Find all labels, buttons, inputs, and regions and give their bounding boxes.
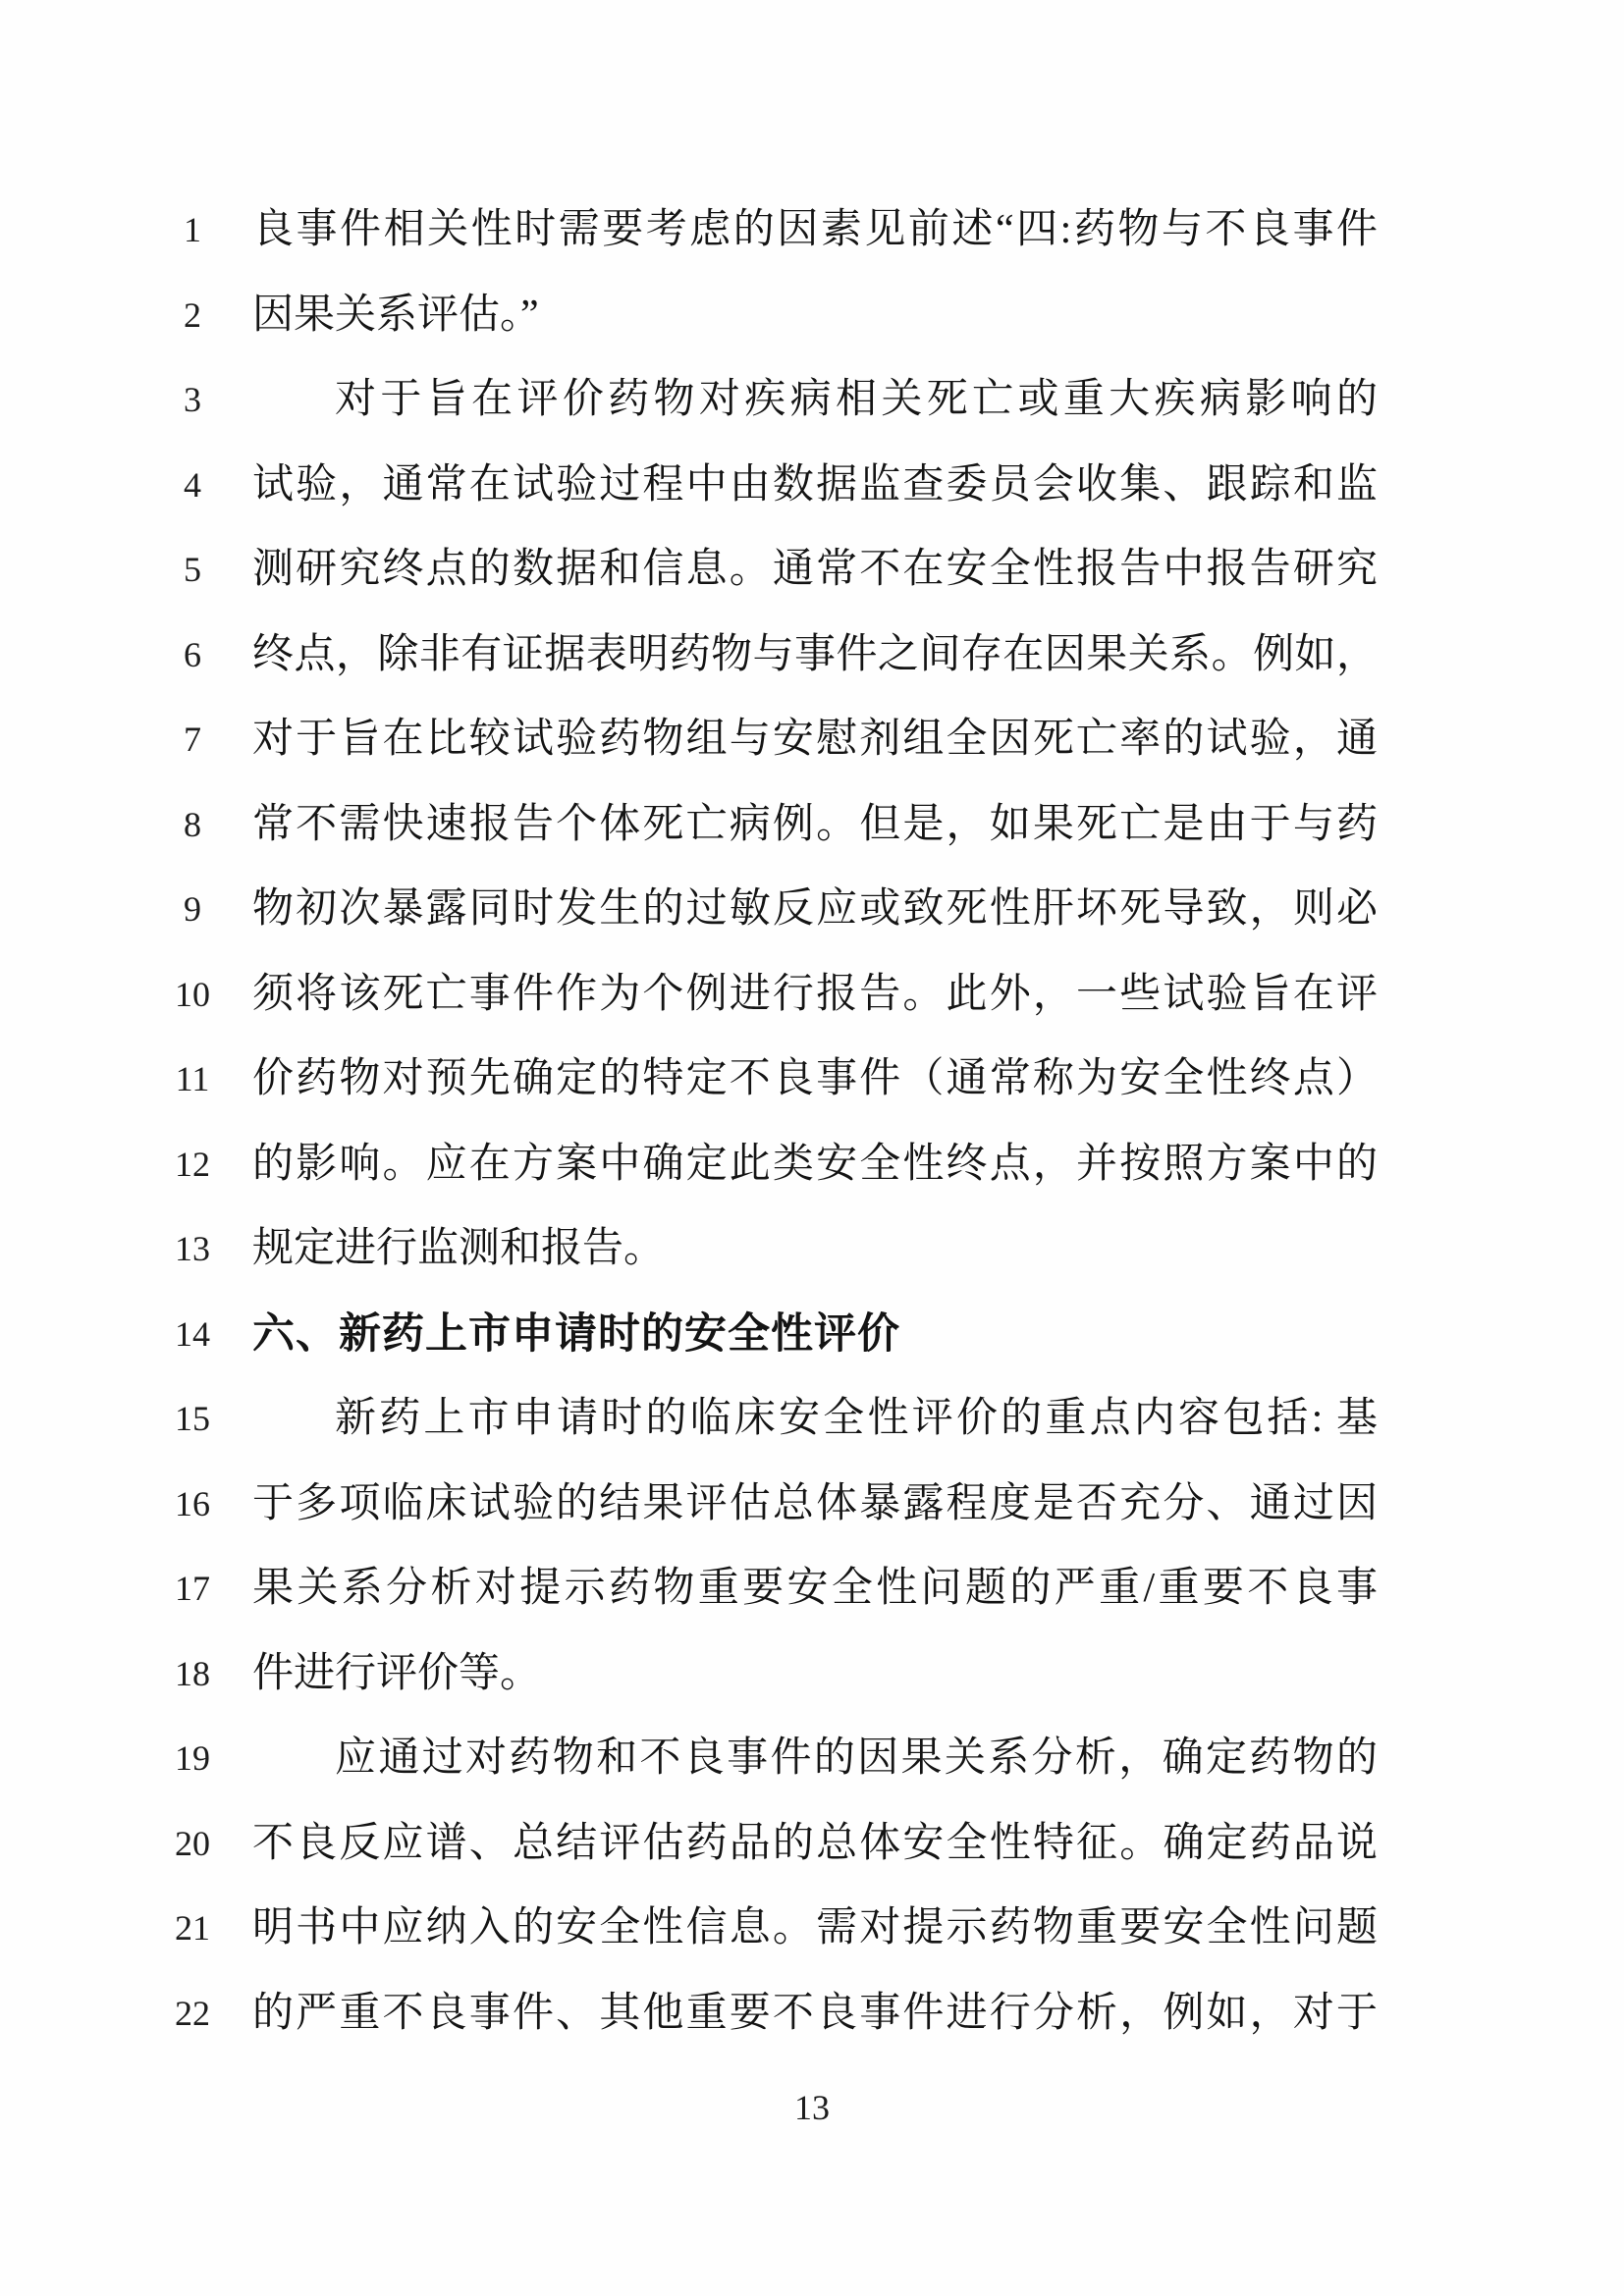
section-heading: 六、新药上市申请时的安全性评价 [252, 1292, 1378, 1377]
text-line-row: 9 物初次暴露同时发生的过敏反应或致死性肝坏死导致，则必 [0, 867, 1624, 952]
document-page: 1 良事件相关性时需要考虑的因素见前述“四:药物与不良事件 2 因果关系评估。”… [0, 0, 1624, 2296]
line-text: 价药物对预先确定的特定不良事件（通常称为安全性终点） [252, 1037, 1378, 1122]
line-text: 规定进行监测和报告。 [252, 1206, 1378, 1292]
line-text: 对于旨在评价药物对疾病相关死亡或重大疾病影响的 [252, 357, 1378, 443]
line-text: 的严重不良事件、其他重要不良事件进行分析，例如，对于 [252, 1971, 1378, 2056]
text-line-row: 12 的影响。应在方案中确定此类安全性终点，并按照方案中的 [0, 1122, 1624, 1207]
line-text: 应通过对药物和不良事件的因果关系分析，确定药物的 [252, 1716, 1378, 1801]
line-number: 12 [147, 1122, 238, 1207]
line-number: 19 [147, 1716, 238, 1801]
line-number: 13 [147, 1206, 238, 1292]
line-text: 终点，除非有证据表明药物与事件之间存在因果关系。例如， [252, 613, 1378, 698]
text-line-row: 3 对于旨在评价药物对疾病相关死亡或重大疾病影响的 [0, 357, 1624, 443]
line-text: 件进行评价等。 [252, 1631, 1378, 1717]
document-body: 1 良事件相关性时需要考虑的因素见前述“四:药物与不良事件 2 因果关系评估。”… [0, 187, 1624, 2056]
text-line-row: 17 果关系分析对提示药物重要安全性问题的严重/重要不良事 [0, 1546, 1624, 1631]
line-text: 不良反应谱、总结评估药品的总体安全性特征。确定药品说 [252, 1801, 1378, 1887]
line-text: 须将该死亡事件作为个例进行报告。此外，一些试验旨在评 [252, 952, 1378, 1038]
text-line-row: 7 对于旨在比较试验药物组与安慰剂组全因死亡率的试验，通 [0, 697, 1624, 782]
line-number: 6 [147, 613, 238, 698]
line-number: 3 [147, 357, 238, 443]
line-number: 21 [147, 1886, 238, 1971]
line-number: 1 [147, 187, 238, 273]
text-line-row: 19 应通过对药物和不良事件的因果关系分析，确定药物的 [0, 1716, 1624, 1801]
line-number: 15 [147, 1376, 238, 1462]
line-number: 17 [147, 1546, 238, 1631]
text-line-row: 15 新药上市申请时的临床安全性评价的重点内容包括: 基 [0, 1376, 1624, 1462]
text-line-row: 22 的严重不良事件、其他重要不良事件进行分析，例如，对于 [0, 1971, 1624, 2056]
line-number: 16 [147, 1462, 238, 1547]
line-number: 5 [147, 527, 238, 613]
text-line-row: 2 因果关系评估。” [0, 273, 1624, 358]
page-number: 13 [0, 2087, 1624, 2128]
line-text: 新药上市申请时的临床安全性评价的重点内容包括: 基 [252, 1376, 1378, 1462]
text-line-row: 13 规定进行监测和报告。 [0, 1206, 1624, 1292]
line-text: 良事件相关性时需要考虑的因素见前述“四:药物与不良事件 [252, 187, 1378, 273]
text-line-row: 1 良事件相关性时需要考虑的因素见前述“四:药物与不良事件 [0, 187, 1624, 273]
line-text: 试验，通常在试验过程中由数据监查委员会收集、跟踪和监 [252, 443, 1378, 528]
line-number: 7 [147, 697, 238, 782]
line-text: 于多项临床试验的结果评估总体暴露程度是否充分、通过因 [252, 1462, 1378, 1547]
text-line-row: 5 测研究终点的数据和信息。通常不在安全性报告中报告研究 [0, 527, 1624, 613]
line-number: 22 [147, 1971, 238, 2056]
line-text: 常不需快速报告个体死亡病例。但是，如果死亡是由于与药 [252, 782, 1378, 868]
line-number: 10 [147, 952, 238, 1038]
line-text: 物初次暴露同时发生的过敏反应或致死性肝坏死导致，则必 [252, 867, 1378, 952]
line-text: 对于旨在比较试验药物组与安慰剂组全因死亡率的试验，通 [252, 697, 1378, 782]
line-text: 测研究终点的数据和信息。通常不在安全性报告中报告研究 [252, 527, 1378, 613]
line-number: 18 [147, 1631, 238, 1717]
text-line-row: 21 明书中应纳入的安全性信息。需对提示药物重要安全性问题 [0, 1886, 1624, 1971]
line-number: 9 [147, 867, 238, 952]
line-text: 的影响。应在方案中确定此类安全性终点，并按照方案中的 [252, 1122, 1378, 1207]
text-line-row: 6 终点，除非有证据表明药物与事件之间存在因果关系。例如， [0, 613, 1624, 698]
line-number: 2 [147, 273, 238, 358]
section-heading-row: 14 六、新药上市申请时的安全性评价 [0, 1292, 1624, 1377]
line-text: 果关系分析对提示药物重要安全性问题的严重/重要不良事 [252, 1546, 1378, 1631]
line-text: 明书中应纳入的安全性信息。需对提示药物重要安全性问题 [252, 1886, 1378, 1971]
text-line-row: 10 须将该死亡事件作为个例进行报告。此外，一些试验旨在评 [0, 952, 1624, 1038]
text-line-row: 16 于多项临床试验的结果评估总体暴露程度是否充分、通过因 [0, 1462, 1624, 1547]
line-text: 因果关系评估。” [252, 273, 1378, 358]
text-line-row: 20 不良反应谱、总结评估药品的总体安全性特征。确定药品说 [0, 1801, 1624, 1887]
text-line-row: 4 试验，通常在试验过程中由数据监查委员会收集、跟踪和监 [0, 443, 1624, 528]
line-number: 11 [147, 1037, 238, 1122]
line-number: 14 [147, 1292, 238, 1377]
line-number: 20 [147, 1801, 238, 1887]
text-line-row: 18 件进行评价等。 [0, 1631, 1624, 1717]
text-line-row: 8 常不需快速报告个体死亡病例。但是，如果死亡是由于与药 [0, 782, 1624, 868]
text-line-row: 11 价药物对预先确定的特定不良事件（通常称为安全性终点） [0, 1037, 1624, 1122]
line-number: 8 [147, 782, 238, 868]
line-number: 4 [147, 443, 238, 528]
